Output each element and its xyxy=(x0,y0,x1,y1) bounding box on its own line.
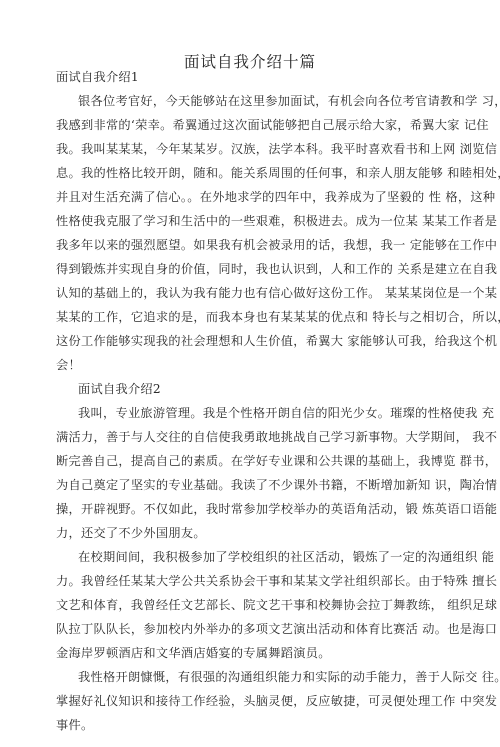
paragraph-line: 队拉丁队队长，参加校内外举办的多项文艺演出活动和体育比赛活 动。也是海口 xyxy=(56,621,446,637)
paragraph-line: 我感到非常的‘荣幸。希翼通过这次面试能够把自己展示给大家，希翼大家 记住 xyxy=(56,117,446,133)
paragraph-line: 力，还交了不少外国朋友。 xyxy=(56,525,446,541)
paragraph-line: 并且对生活充满了信心。。在外地求学的四年中，我养成为了坚毅的 性 格，这种 xyxy=(56,189,446,205)
paragraph-line: 我多年以来的强烈愿望。如果我有机会被录用的话，我想，我一 定能够在工作中 xyxy=(56,237,446,253)
paragraph-line: 断完善自己，提高自己的素质。在学好专业课和公共课的基础上，我博览 群书， xyxy=(56,453,446,469)
paragraph-line: 我。我叫某某某，今年某某岁。汉族，法学本科。我平时喜欢看书和上网 浏览信 xyxy=(56,141,446,157)
paragraph-line: 在校期间间，我积极参加了学校组织的社区活动，锻炼了一定的沟通组织 能 xyxy=(78,549,446,565)
paragraph-line: 操，开辟视野。不仅如此，我时常参加学校举办的英语角活动，锻 炼英语口语能 xyxy=(56,501,446,517)
paragraph-line: 息。我的性格比较开朗，随和。能关系周围的任何事，和亲人朋友能够 和睦相处， xyxy=(56,165,446,181)
paragraph-line: 我叫，专业旅游管理。我是个性格开朗自信的阳光少女。璀璨的性格使我 充 xyxy=(78,405,446,421)
document-page: 面试自我介绍十篇 面试自我介绍1银各位考官好，今天能够站在这里参加面试，有机会向… xyxy=(0,0,500,747)
section-heading: 面试自我介绍1 xyxy=(56,69,446,85)
paragraph-line: 某某的工作，它追求的是，而我本身也有某某某的优点和 特长与之相切合，所以， xyxy=(56,309,446,325)
paragraph-line: 文艺和体育，我曾经任文艺部长、院文艺干事和校舞协会拉丁舞教练， 组织足球 xyxy=(56,597,446,613)
paragraph-line: 性格使我克服了学习和生活中的一些艰难，积极进去。成为一位某 某某工作者是 xyxy=(56,213,446,229)
paragraph-line: 我性格开朗慷慨，有很强的沟通组织能力和实际的动手能力，善于人际交 往。 xyxy=(78,669,446,685)
paragraph-line: 认知的基础上的，我认为我有能力也有信心做好这份工作。 某某某岗位是一个某 xyxy=(56,285,446,301)
paragraph-line: 事件。 xyxy=(56,717,446,733)
paragraph-line: 满活力，善于与人交往的自信使我勇敢地挑战自己学习新事物。大学期间， 我不 xyxy=(56,429,446,445)
paragraph-line: 掌握好礼仪知识和接待工作经验，头脑灵便，反应敏捷，可灵便处理工作 中突发 xyxy=(56,693,446,709)
paragraph-line: 得到锻炼并实现自身的价值，同时，我也认识到，人和工作的 关系是建立在自我 xyxy=(56,261,446,277)
paragraph-line: 这份工作能够实现我的社会理想和人生价值，希翼大 家能够认可我，给我这个机 xyxy=(56,333,446,349)
paragraph-line: 银各位考官好，今天能够站在这里参加面试，有机会向各位考官请教和学 习， xyxy=(78,93,446,109)
paragraph-line: 会！ xyxy=(56,357,446,373)
paragraph-line: 力。我曾经任某某大学公共关系协会干事和某某文学社组织部长。由于特殊 擅长 xyxy=(56,573,446,589)
section-heading: 面试自我介绍2 xyxy=(78,381,446,397)
paragraph-line: 为自己奠定了坚实的专业基础。我读了不少课外书籍，不断增加新知 识，陶冶情 xyxy=(56,477,446,493)
paragraph-line: 金海岸罗顿酒店和文华酒店婚宴的专属舞蹈演员。 xyxy=(56,645,446,661)
